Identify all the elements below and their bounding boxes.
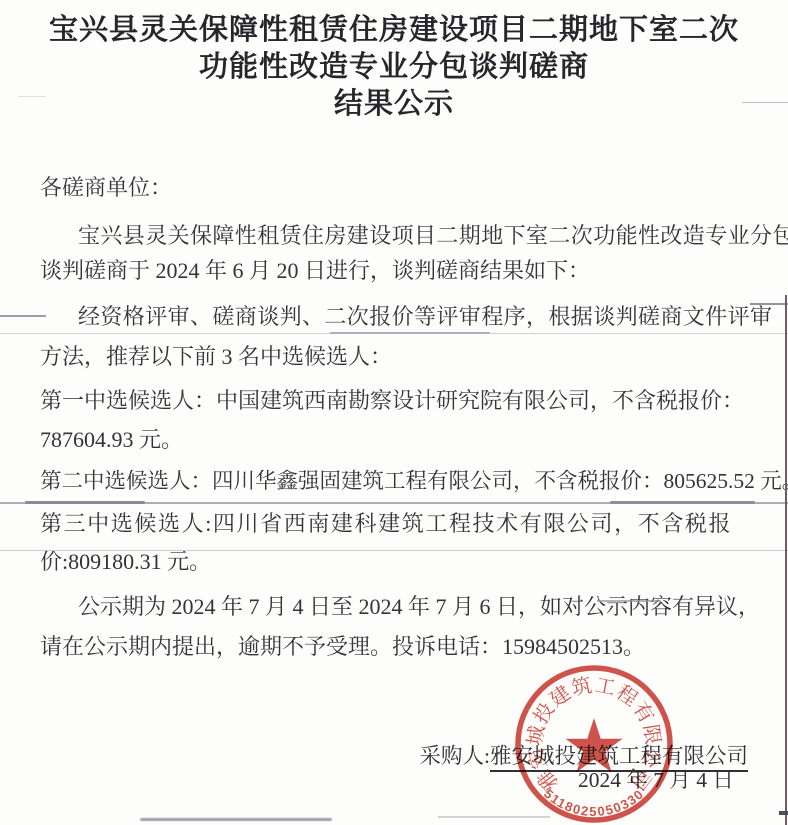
- candidate-1-line: 第一中选候选人：中国建筑西南勘察设计研究院有限公司，不含税报价：: [40, 389, 744, 413]
- scan-artifact-line: [0, 502, 788, 504]
- body-line: 经资格评审、磋商谈判、二次报价等评审程序，根据谈判磋商文件评审: [78, 305, 772, 329]
- scan-artifact-mark: [779, 811, 788, 815]
- candidate-3-price-line: 价:809180.31 元。: [40, 550, 211, 574]
- scan-artifact-smudge: [140, 818, 332, 821]
- scan-artifact-line: [610, 501, 755, 504]
- candidate-2-line: 第二中选候选人：四川华鑫强固建筑工程有限公司，不含税报价：805625.52 元…: [40, 469, 788, 493]
- title-line-3: 结果公示: [0, 86, 788, 123]
- title-line-2: 功能性改造专业分包谈判磋商: [0, 49, 788, 86]
- purchaser-label: 采购人:: [420, 744, 490, 768]
- complaint-phone-line: 请在公示期内提出，逾期不予受理。投诉电话：15984502513。: [40, 635, 645, 659]
- scan-artifact-edge-line: [785, 295, 787, 825]
- title-line-1: 宝兴县灵关保障性租赁住房建设项目二期地下室二次: [0, 12, 788, 49]
- scanned-notice-page: 宝兴县灵关保障性租赁住房建设项目二期地下室二次 功能性改造专业分包谈判磋商 结果…: [0, 0, 788, 825]
- body-line: 方法，推荐以下前 3 名中选候选人：: [40, 345, 392, 369]
- scan-artifact-line: [25, 501, 145, 504]
- scan-artifact-line: [0, 315, 46, 317]
- signature-date: 2024 年 7 月 4 日: [578, 763, 734, 794]
- body-line: 谈判磋商于 2024 年 6 月 20 日进行，谈判磋商结果如下：: [40, 259, 590, 283]
- publicity-period-line: 公示期为 2024 年 7 月 4 日至 2024 年 7 月 6 日，如对公示…: [78, 595, 760, 619]
- scan-artifact-line: [330, 332, 490, 334]
- scan-artifact-line: [0, 333, 788, 334]
- body-line: 宝兴县灵关保障性租赁住房建设项目二期地下室二次功能性改造专业分包: [78, 224, 788, 248]
- notice-title: 宝兴县灵关保障性租赁住房建设项目二期地下室二次 功能性改造专业分包谈判磋商 结果…: [0, 12, 788, 123]
- candidate-1-price-line: 787604.93 元。: [40, 428, 183, 452]
- scan-artifact-smudge: [438, 816, 550, 818]
- salutation-line: 各磋商单位：: [40, 176, 172, 200]
- candidate-3-line: 第三中选候选人:四川省西南建科建筑工程技术有限公司，不含税报: [40, 512, 732, 536]
